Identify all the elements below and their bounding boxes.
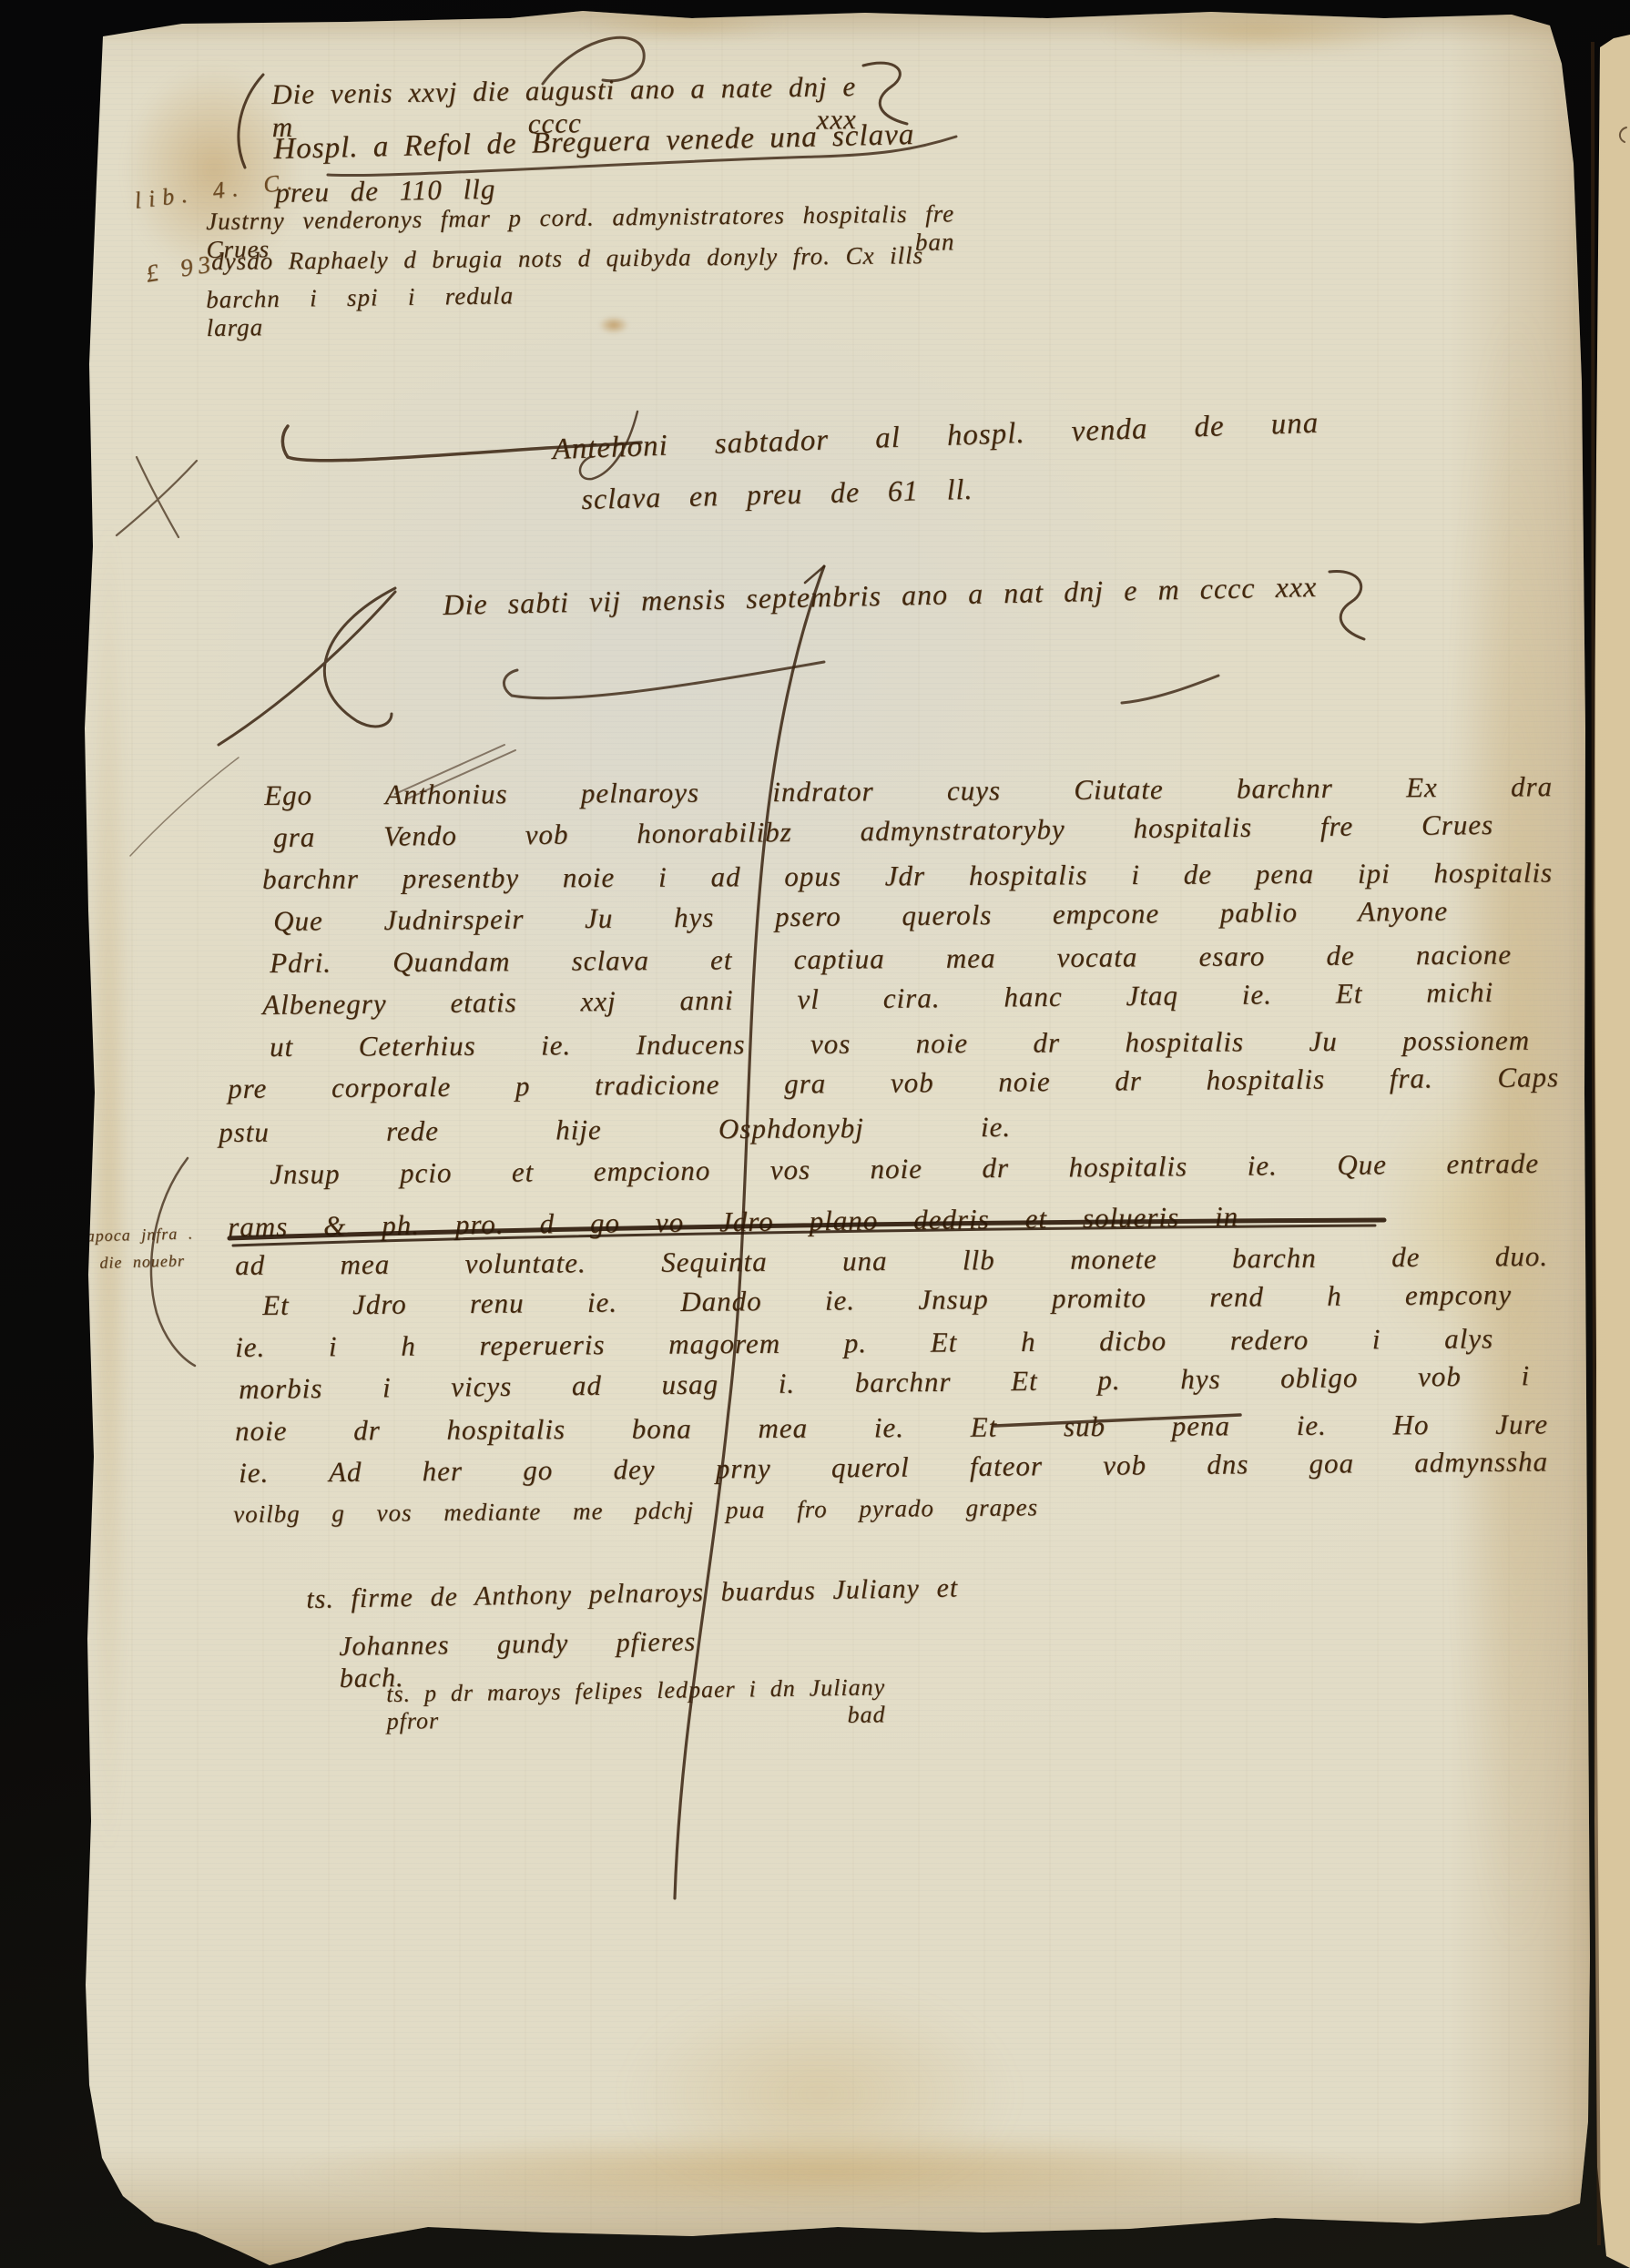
marginal-note-line: e apoca jnfra . <box>67 1223 240 1246</box>
manuscript-line: Pdri. Quandam sclava et captiua mea voca… <box>270 938 1512 979</box>
manuscript-line: ie. Ad her go dey prny querol fateor vob… <box>239 1445 1548 1489</box>
manuscript-line: Albenegry etatis xxj anni vl cira. hanc … <box>262 976 1493 1022</box>
manuscript-line: barchnr presentby noie i ad opus Jdr hos… <box>262 857 1553 896</box>
paper-stain <box>1439 91 1594 2167</box>
marginal-note-line: xv°. die nouebr <box>60 1250 251 1274</box>
manuscript-page: lib. 4. C. £ 93 e apoca jnfra . xv°. die… <box>0 0 1630 2268</box>
manuscript-line: Et Jdro renu ie. Dando ie. Jnsup promito… <box>262 1278 1512 1322</box>
manuscript-line: Jnsup pcio et empciono vos noie dr hospi… <box>270 1147 1539 1191</box>
manuscript-line: Ego Anthonius pelnaroys indrator cuys Ci… <box>264 770 1553 812</box>
manuscript-line: ut Ceterhius ie. Inducens vos noie dr ho… <box>270 1024 1530 1063</box>
paper-stain <box>84 346 134 2030</box>
manuscript-line-struck: rams & ph. pro. d go vo Jdro plano dedri… <box>228 1200 1238 1243</box>
witness-line: ts. firme de Anthony pelnaroys buardus J… <box>306 1573 958 1616</box>
ink-fleck <box>594 313 634 337</box>
entry1-note-line: dysdo Raphaely d brugia nots d quibyda d… <box>211 241 923 276</box>
manuscript-line: noie dr hospitalis bona mea ie. Et sub p… <box>235 1408 1548 1447</box>
manuscript-line: ad mea voluntate. Sequinta una llb monet… <box>235 1240 1548 1282</box>
entry2-rubric-line: sclava en preu de 61 ll. <box>581 473 973 516</box>
entry2-date-line: Die sabti vij mensis septembris ano a na… <box>443 570 1318 622</box>
paper-stain <box>546 4 820 44</box>
manuscript-line: pre corporale p tradicione gra vob noie … <box>228 1061 1559 1104</box>
entry2-rubric-line: Antehoni sabtador al hospl. venda de una <box>552 407 1319 468</box>
paper-stain <box>1047 0 1475 64</box>
photo-background: lib. 4. C. £ 93 e apoca jnfra . xv°. die… <box>0 0 1630 2268</box>
paper-stain <box>109 2112 1548 2231</box>
manuscript-line: voilbg g vos mediante me pdchj pua fro p… <box>233 1493 1038 1529</box>
manuscript-line: morbis i vicys ad usag i. barchnr Et p. … <box>239 1359 1530 1405</box>
paper-stain <box>565 1958 1075 2231</box>
entry1-note-line: barchn i spi i redula larga <box>206 281 514 342</box>
witness-line: ts. p dr maroys felipes ledpaer i dn Jul… <box>386 1673 886 1734</box>
manuscript-line: pstu rede hije Osphdonybj ie. <box>219 1111 1011 1149</box>
entry1-rubric-line: preu de 110 llg <box>275 173 496 209</box>
manuscript-line: gra Vendo vob honorabilibz admynstratory… <box>273 809 1493 854</box>
manuscript-line: Que Judnirspeir Ju hys psero querols emp… <box>273 895 1448 938</box>
manuscript-line: ie. i h reperueris magorem p. Et h dicbo… <box>235 1322 1493 1363</box>
